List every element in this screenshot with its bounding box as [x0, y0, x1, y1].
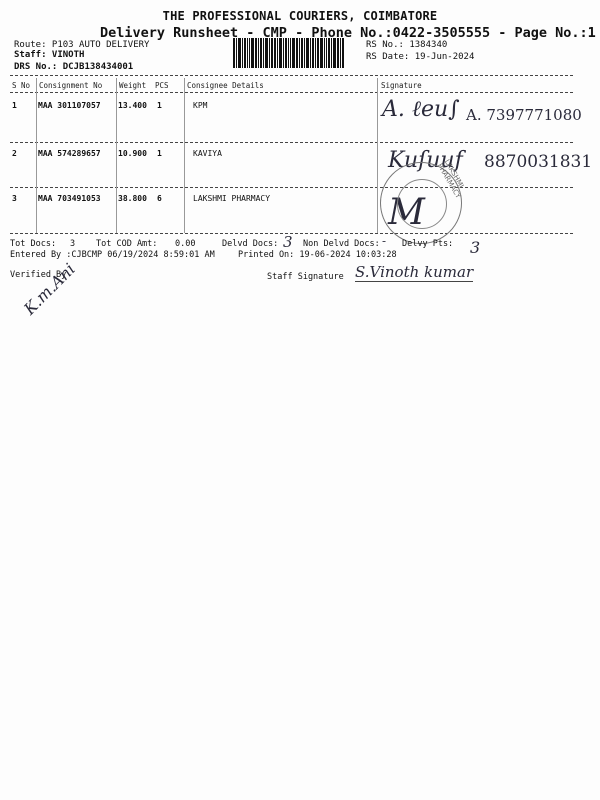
- cell-pcs: 1: [157, 101, 162, 110]
- delvd-docs-handwritten: 3: [283, 233, 293, 251]
- rs-number: RS No.: 1384340: [366, 40, 447, 50]
- non-delvd-handwritten: -: [382, 234, 386, 248]
- staff-signature-handwriting: S.Vinoth kumar: [355, 263, 473, 282]
- cell-weight: 13.400: [118, 101, 147, 110]
- entered-by: Entered By :CJBCMP 06/19/2024 8:59:01 AM: [10, 250, 215, 260]
- tot-docs-value: 3: [70, 239, 75, 249]
- cell-sno: 1: [12, 101, 17, 110]
- divider: [10, 187, 573, 188]
- column-divider: [116, 78, 117, 233]
- handwritten-phone: 8870031831: [484, 152, 592, 172]
- company-title: THE PROFESSIONAL COURIERS, COIMBATORE: [0, 9, 600, 23]
- delvy-pts-handwritten: 3: [470, 238, 480, 257]
- cell-weight: 38.800: [118, 194, 147, 203]
- cell-consignment: MAA 703491053: [38, 194, 101, 203]
- tot-cod-label: Tot COD Amt:: [96, 239, 157, 249]
- column-divider: [184, 78, 185, 233]
- non-delvd-docs-label: Non Delvd Docs:: [303, 239, 380, 249]
- col-header-consignment: Consignment No: [39, 81, 102, 90]
- staff-label: Staff: VINOTH: [14, 50, 84, 60]
- handwritten-phone: A. 7397771080: [466, 106, 582, 124]
- cell-pcs: 6: [157, 194, 162, 203]
- barcode-icon: [233, 38, 355, 68]
- divider: [10, 92, 573, 93]
- staff-signature-label: Staff Signature: [267, 272, 344, 282]
- cell-pcs: 1: [157, 149, 162, 158]
- company-stamp: LAKSHMI PHARMACY: [380, 162, 462, 244]
- column-divider: [36, 78, 37, 233]
- cell-consignee: KAVIYA: [193, 149, 222, 158]
- cell-consignee: KPM: [193, 101, 207, 110]
- cell-weight: 10.900: [118, 149, 147, 158]
- col-header-sno: S No: [12, 81, 30, 90]
- delvd-docs-label: Delvd Docs:: [222, 239, 278, 249]
- verified-by-signature: K.m.Ani: [20, 260, 79, 319]
- signature-handwriting: A. ℓeu∫: [382, 96, 460, 122]
- column-divider: [377, 78, 378, 233]
- col-header-weight: Weight: [119, 81, 146, 90]
- col-header-pcs: PCS: [155, 81, 169, 90]
- cell-sno: 2: [12, 149, 17, 158]
- tot-cod-value: 0.00: [175, 239, 195, 249]
- cell-consignee: LAKSHMI PHARMACY: [193, 194, 270, 203]
- route-label: Route: P103 AUTO DELIVERY: [14, 40, 149, 50]
- delvy-pts-label: Delvy Pts:: [402, 239, 453, 249]
- cell-consignment: MAA 301107057: [38, 101, 101, 110]
- rs-date: RS Date: 19-Jun-2024: [366, 52, 474, 62]
- col-header-signature: Signature: [381, 81, 422, 90]
- tot-docs-label: Tot Docs:: [10, 239, 56, 249]
- printed-on: Printed On: 19-06-2024 10:03:28: [238, 250, 397, 260]
- divider: [10, 75, 573, 76]
- divider: [10, 142, 573, 143]
- cell-consignment: MAA 574289657: [38, 149, 101, 158]
- drs-number: DRS No.: DCJB138434001: [14, 62, 133, 72]
- col-header-consignee: Consignee Details: [187, 81, 264, 90]
- cell-sno: 3: [12, 194, 17, 203]
